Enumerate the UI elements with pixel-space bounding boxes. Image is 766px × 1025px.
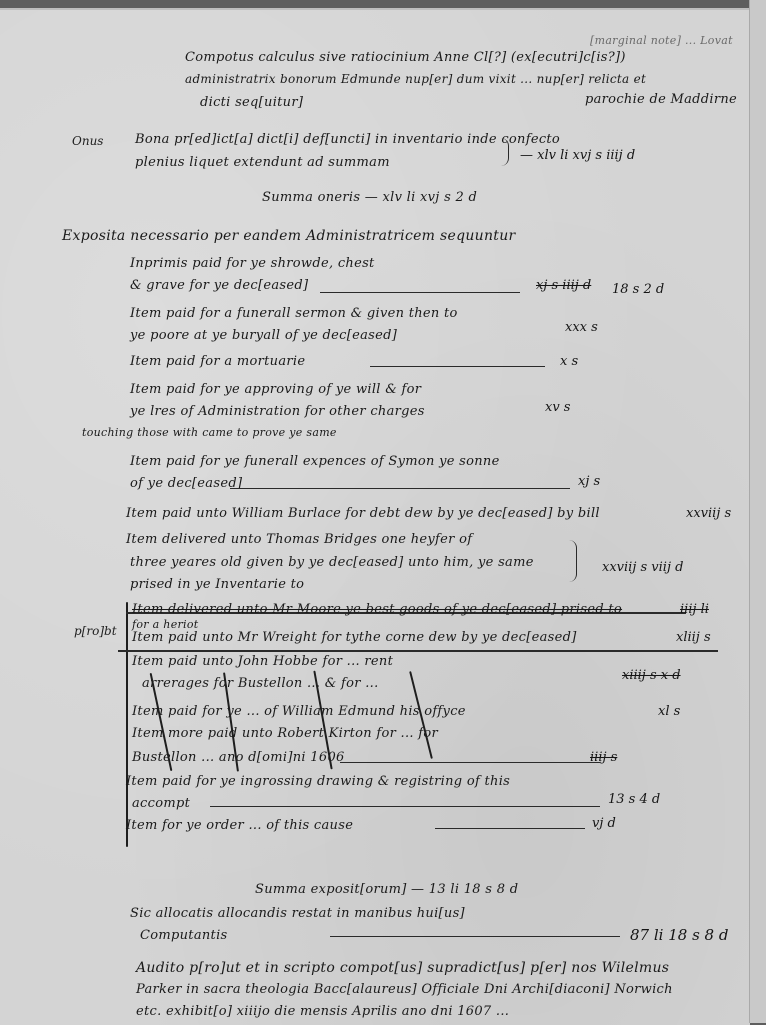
item-10-amount: xiiij s x d (622, 668, 681, 683)
remainder-line-2: Computantis (140, 928, 228, 943)
brace (568, 540, 577, 582)
leader-line (340, 762, 600, 763)
leader-line (320, 292, 520, 293)
audit-line-2: Parker in sacra theologia Bacc[alaureus]… (136, 982, 673, 997)
item-8-line-1: Item delivered unto Mr Moore ye best goo… (132, 602, 622, 617)
margin-onus: Onus (72, 134, 103, 148)
item-6-amount: xxviij s (686, 506, 731, 521)
charge-sum: Summa oneris — xlv li xvj s 2 d (262, 190, 477, 205)
item-11-line-1: Item paid for ye ... of William Edmund h… (132, 704, 466, 719)
item-13-amount: 13 s 4 d (608, 792, 660, 807)
item-14-amount: vj d (592, 816, 616, 831)
item-4-line-1: Item paid for ye approving of ye will & … (130, 382, 421, 397)
item-9-amount: xliij s (676, 630, 711, 645)
leader-line (435, 828, 585, 829)
item-7-line-2: three yeares old given by ye dec[eased] … (130, 555, 534, 570)
leader-line (330, 936, 620, 937)
item-1-line-2: & grave for ye dec[eased] (130, 278, 308, 293)
item-12-line-1: Item more paid unto Robert Kirton for ..… (132, 726, 438, 741)
audit-line-1: Audito p[ro]ut et in scripto compot[us] … (136, 960, 669, 976)
leader-line (370, 366, 545, 367)
item-5-line-2: of ye dec[eased] (130, 476, 242, 491)
item-1-amount: 18 s 2 d (612, 282, 664, 297)
header-line-2: administratrix bonorum Edmunde nup[er] d… (185, 72, 646, 86)
header-marginal-note: [marginal note] ... Lovat (590, 34, 733, 47)
charge-line-2: plenius liquet extendunt ad summam (135, 155, 390, 170)
expenses-sum: Summa exposit[orum] — 13 li 18 s 8 d (255, 882, 518, 897)
header-parish: parochie de Maddirne (585, 92, 737, 107)
item-12-amount: iiij s (590, 750, 617, 765)
item-10-line-2: arrerages for Bustellon ... & for ... (142, 676, 379, 691)
item-6-line-1: Item paid unto William Burlace for debt … (126, 506, 600, 521)
manuscript-page: Compotus calculus sive ratiocinium Anne … (0, 8, 750, 1023)
leader-line (210, 806, 600, 807)
charge-amount: — xlv li xvj s iiij d (520, 148, 635, 163)
item-2-line-2: ye poore at ye buryall of ye dec[eased] (130, 328, 397, 343)
margin-bracket (126, 602, 128, 847)
page-edge (749, 0, 766, 1023)
item-7-line-1: Item delivered unto Thomas Bridges one h… (126, 532, 472, 547)
remainder-line-1: Sic allocatis allocandis restat in manib… (130, 906, 465, 921)
item-5-line-1: Item paid for ye funerall expences of Sy… (130, 454, 500, 469)
leader-line (230, 488, 570, 489)
expenses-heading: Exposita necessario per eandem Administr… (62, 228, 516, 244)
item-13-line-1: Item paid for ye ingrossing drawing & re… (126, 774, 510, 789)
item-11-amount: xl s (658, 704, 680, 719)
audit-line-3: etc. exhibit[o] xiiijo die mensis Aprili… (136, 1004, 509, 1019)
item-2-line-1: Item paid for a funerall sermon & given … (130, 306, 458, 321)
item-12-line-2: Bustellon ... ano d[omi]ni 1606 (132, 750, 345, 765)
item-7-line-3: prised in ye Inventarie to (130, 577, 304, 592)
rule-line (118, 650, 718, 652)
item-7-amount: xxviij s viij d (602, 560, 683, 575)
item-4-amount: xv s (545, 400, 570, 415)
item-4-line-2: ye lres of Administration for other char… (130, 404, 425, 419)
item-3-amount: x s (560, 354, 578, 369)
item-8-amount: iiij li (680, 602, 709, 617)
margin-pbt: p[ro]bt (74, 624, 117, 638)
item-1-amount-struck: xj s iiij d (536, 278, 591, 293)
charge-line-1: Bona pr[ed]ict[a] dict[i] def[uncti] in … (135, 132, 560, 147)
header-line-1: Compotus calculus sive ratiocinium Anne … (185, 50, 626, 65)
header-line-3: dicti seq[uitur] (200, 95, 303, 110)
item-5-amount: xj s (578, 474, 600, 489)
item-14-line-1: Item for ye order ... of this cause (126, 818, 353, 833)
item-3-line-1: Item paid for a mortuarie (130, 354, 305, 369)
item-1-line-1: Inprimis paid for ye shrowde, chest (130, 256, 375, 271)
item-9-line-1: Item paid unto Mr Wreight for tythe corn… (132, 630, 577, 645)
item-10-line-1: Item paid unto John Hobbe for ... rent (132, 654, 393, 669)
item-13-line-2: accompt (132, 796, 190, 811)
item-2-amount: xxx s (565, 320, 598, 335)
brace (500, 138, 509, 166)
remainder-amount: 87 li 18 s 8 d (630, 926, 728, 944)
item-4-line-3: touching those with came to prove ye sam… (82, 426, 337, 439)
